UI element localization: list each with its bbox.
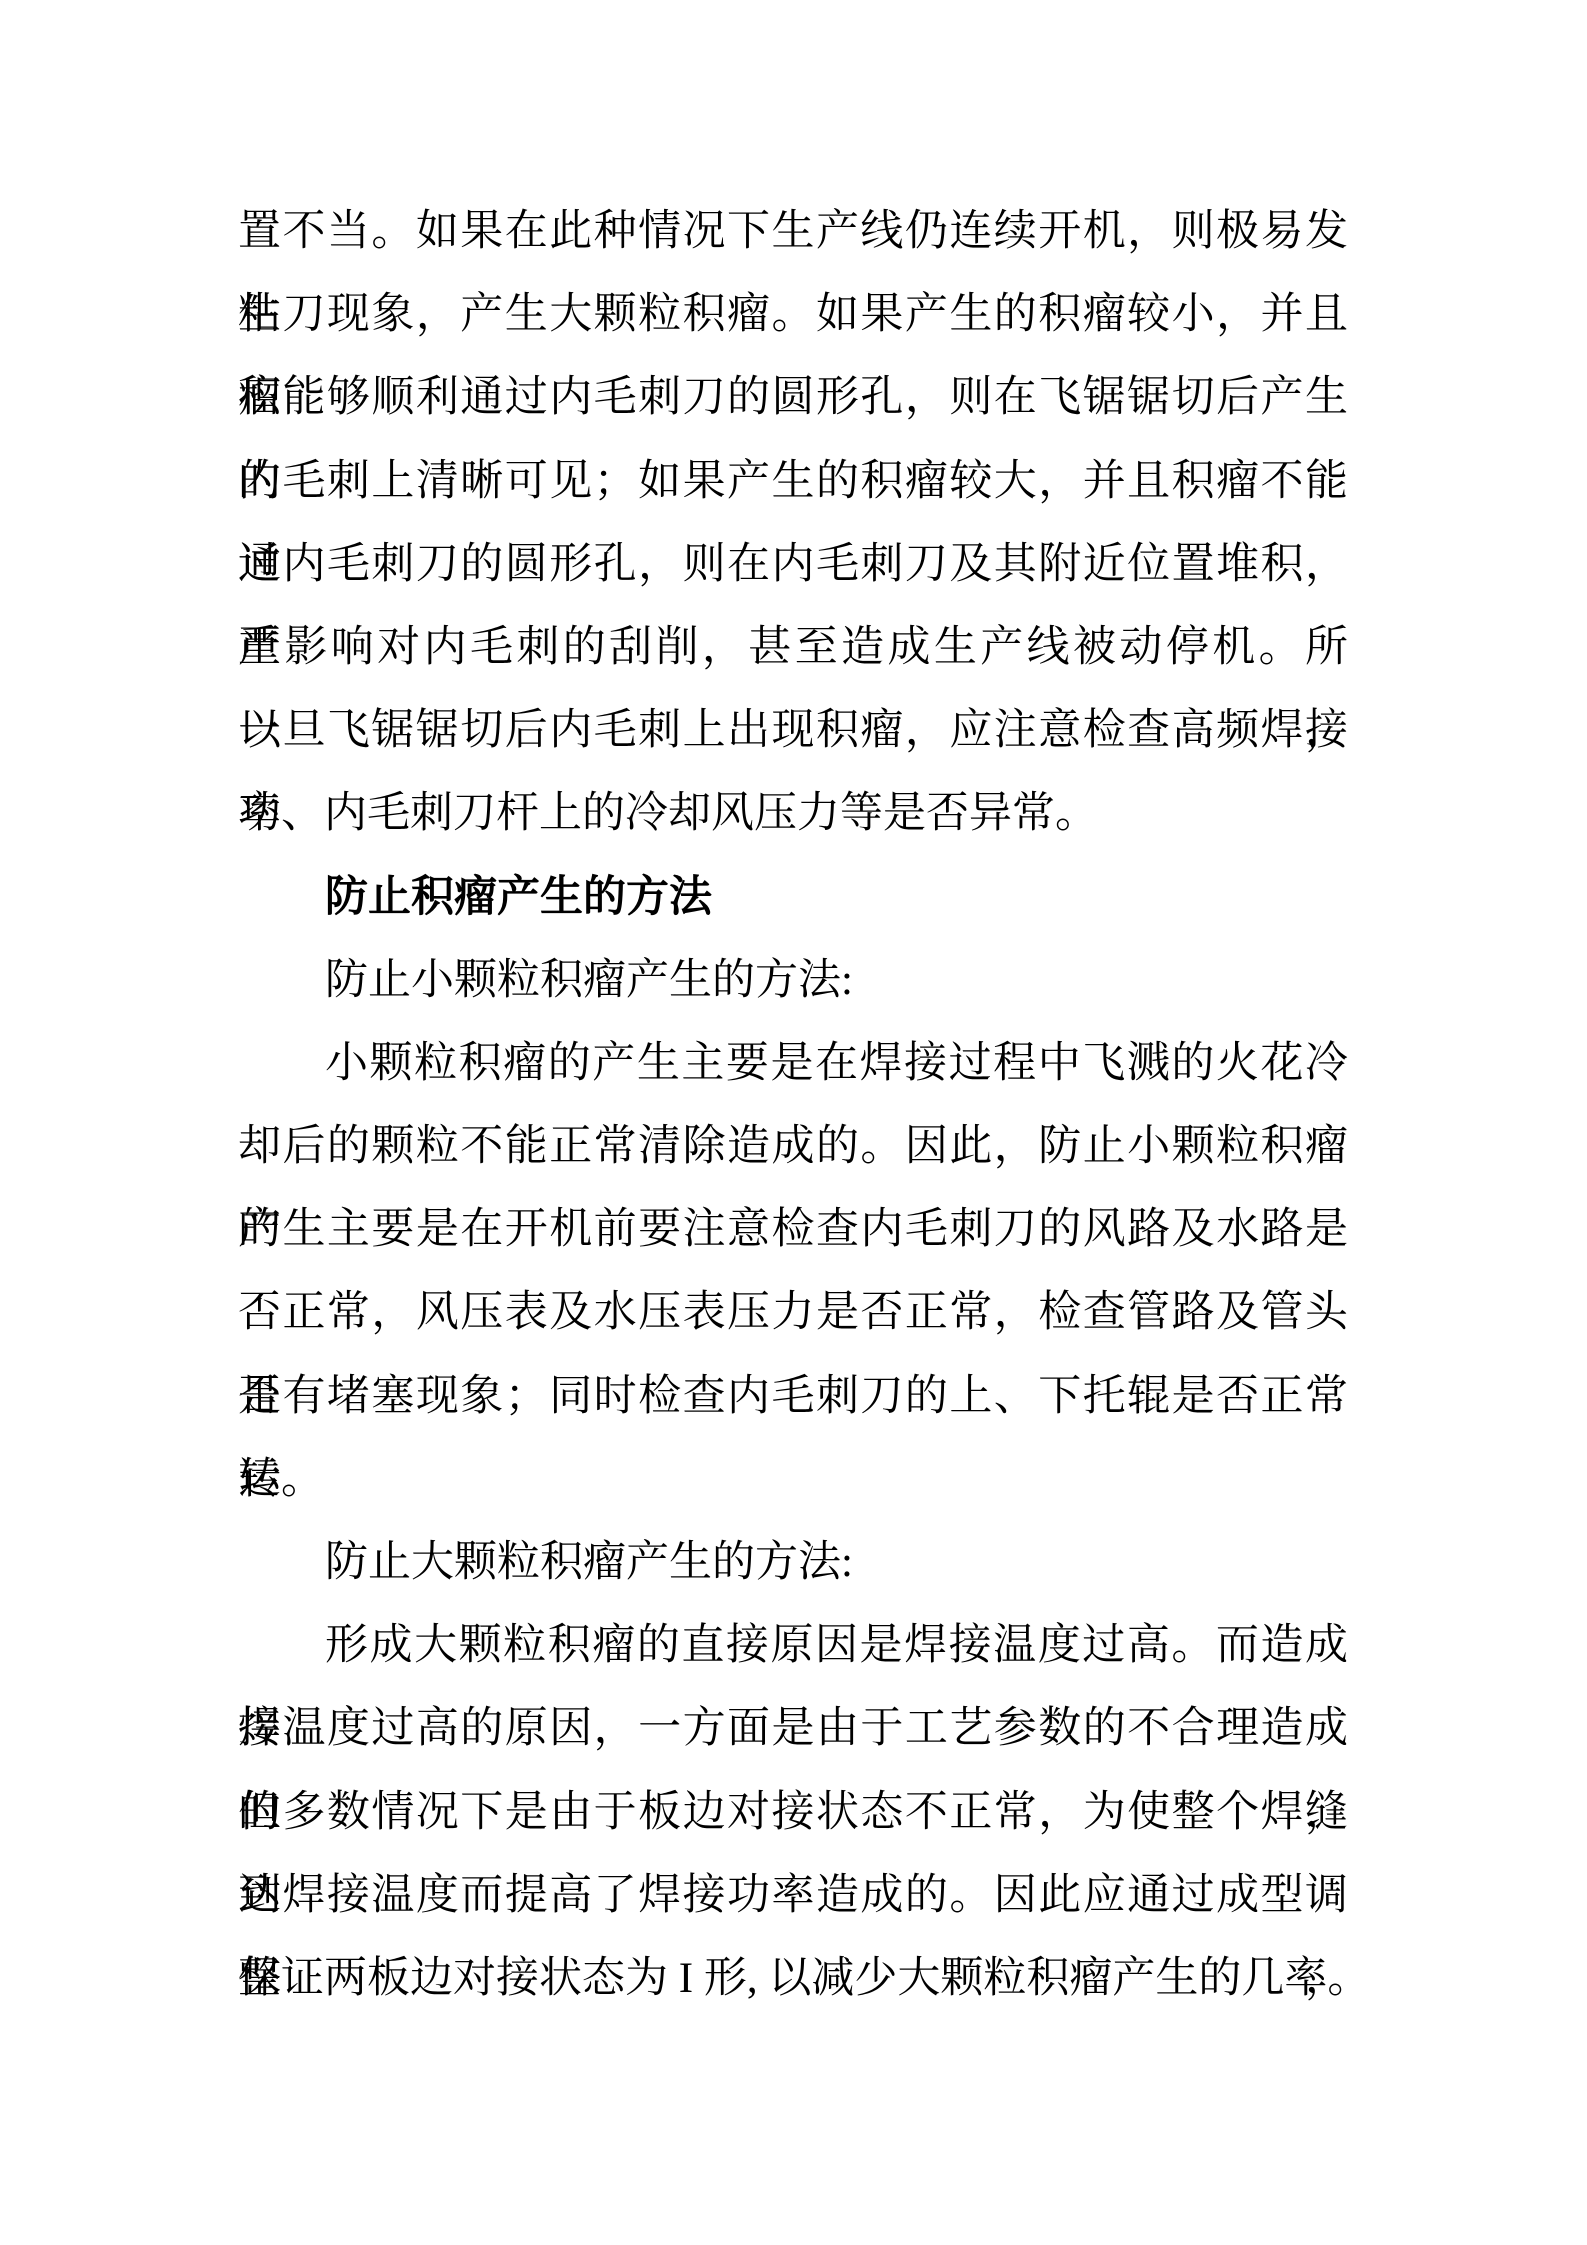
text-line: 转。: [238, 1438, 1348, 1521]
text-line: 一旦飞锯锯切后内毛刺上出现积瘤，应注意检查高频焊接功: [238, 689, 1348, 772]
text-line: 否有堵塞现象；同时检查内毛刺刀的上、下托辊是否正常运: [238, 1355, 1348, 1438]
text-line: 过内毛刺刀的圆形孔，则在内毛刺刀及其附近位置堆积，严: [238, 523, 1348, 606]
text-line: 粘刀现象，产生大颗粒积瘤。如果产生的积瘤较小，并且积: [238, 273, 1348, 356]
text-line: 内毛刺上清晰可见；如果产生的积瘤较大，并且积瘤不能通: [238, 440, 1348, 523]
text-line: 防止小颗粒积瘤产生的方法:: [238, 939, 1348, 1022]
text-line: 形成大颗粒积瘤的直接原因是焊接温度过高。而造成焊: [238, 1604, 1348, 1687]
text-line: 保证两板边对接状态为 I 形, 以减少大颗粒积瘤产生的几率。: [238, 1937, 1348, 2020]
text-line: 接温度过高的原因，一方面是由于工艺参数的不合理造成的，: [238, 1687, 1348, 1770]
text-block: 置不当。如果在此种情况下生产线仍连续开机，则极易发生粘刀现象，产生大颗粒积瘤。如…: [238, 190, 1348, 2020]
text-line: 小颗粒积瘤的产生主要是在焊接过程中飞溅的火花冷: [238, 1022, 1348, 1105]
text-line: 但多数情况下是由于板边对接状态不正常，为使整个焊缝达: [238, 1771, 1348, 1854]
text-line: 防止积瘤产生的方法: [238, 856, 1348, 939]
text-line: 置不当。如果在此种情况下生产线仍连续开机，则极易发生: [238, 190, 1348, 273]
text-line: 率、内毛刺刀杆上的冷却风压力等是否异常。: [238, 772, 1348, 855]
text-line: 到焊接温度而提高了焊接功率造成的。因此应通过成型调整，: [238, 1854, 1348, 1937]
text-line: 重影响对内毛刺的刮削，甚至造成生产线被动停机。所以，: [238, 606, 1348, 689]
text-line: 产生主要是在开机前要注意检查内毛刺刀的风路及水路是: [238, 1188, 1348, 1271]
text-line: 否正常，风压表及水压表压力是否正常，检查管路及管头是: [238, 1271, 1348, 1354]
text-line: 防止大颗粒积瘤产生的方法:: [238, 1521, 1348, 1604]
document-page: 置不当。如果在此种情况下生产线仍连续开机，则极易发生粘刀现象，产生大颗粒积瘤。如…: [0, 0, 1587, 2245]
text-line: 瘤能够顺利通过内毛刺刀的圆形孔，则在飞锯锯切后产生的: [238, 356, 1348, 439]
text-line: 却后的颗粒不能正常清除造成的。因此，防止小颗粒积瘤的: [238, 1105, 1348, 1188]
